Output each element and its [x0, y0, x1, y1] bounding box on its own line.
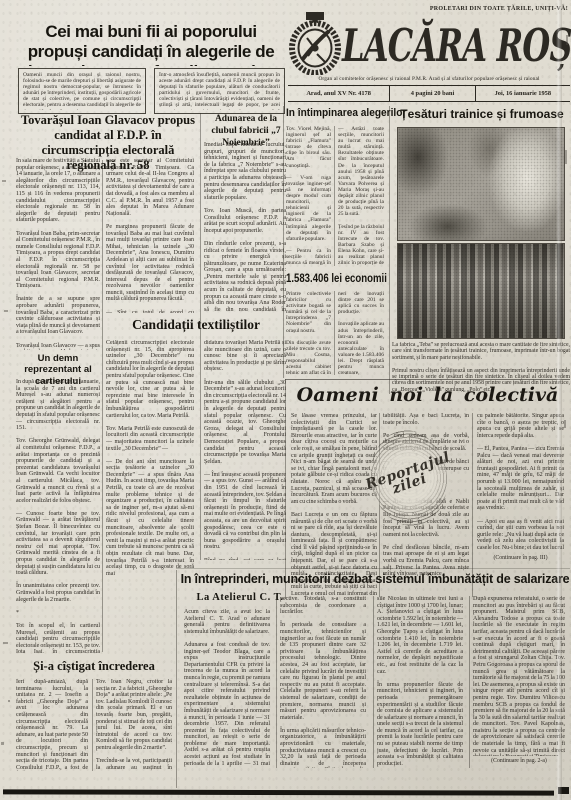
incredere-column-1: Ieri după-amiază, după terminarea lucrul… [16, 679, 88, 771]
oameni-continuation: (Continuare în pag. III) [477, 555, 564, 561]
lead-intro-left-box: Oamenii muncii din orașul și raionul nos… [18, 68, 146, 114]
right-edge-crease [556, 0, 562, 800]
column-rule [102, 160, 103, 652]
masthead-subtitle: Organ al comitetelor orășenesc și raiona… [288, 76, 570, 82]
photo-grain [398, 128, 564, 240]
salarizare-continuation: (Continuare în pag. 2-a) [473, 758, 565, 764]
adunarea-body: Imediat după încetarea lucrului, grupuri… [204, 142, 286, 313]
incredere-headline: Și-a cîștigat încrederea [16, 659, 172, 674]
scan-speck [4, 310, 8, 312]
scan-speck [2, 180, 6, 182]
column-rule [472, 413, 473, 597]
lead-intro-right-text: Într-o atmosferă însuflețită, oamenii mu… [159, 72, 280, 110]
lead-intro-right-box: Într-o atmosferă însuflețită, oamenii mu… [154, 68, 285, 114]
scan-speck [1, 742, 4, 745]
dateline-edition: Arad, anul XV Nr. 4178 [288, 86, 389, 101]
intimpinarea-headline: In întimpinarea alegerilor [286, 107, 406, 119]
column-rule [373, 596, 374, 768]
flacara-emblem-logo [289, 11, 341, 75]
oameni-column-3: cu palmele bătătorite. Singur apuca cîte… [477, 413, 564, 551]
textilisti-right-column: didatura tovarășei Maria Petrilă și alte… [204, 340, 286, 560]
economii-headline: 1.583.406 lei economii [286, 271, 390, 285]
tesaturi-caption-p1: La fabrica „Teba” se prelucrează anul ac… [392, 342, 570, 361]
column-rule [200, 113, 201, 560]
factory-printing-photo [397, 127, 565, 241]
column-rule [276, 596, 277, 768]
dateline-price: 4 pagini 20 bani [389, 86, 474, 101]
masthead-dateline: Arad, anul XV Nr. 4178 4 pagini 20 bani … [288, 85, 570, 102]
oameni-headline: Oameni noi la colectivă [290, 384, 565, 406]
newspaper-front-page: Cei mai buni fii ai poporului propuși ca… [0, 0, 571, 800]
salarizare-column-2: pective. Totodată, s-a constituit subcom… [280, 596, 366, 768]
textilisti-left-column: Cetățenii circumscripției electorale oră… [106, 340, 194, 652]
oameni-column-1: Se lăsase vremea prînzului, iar colectiv… [291, 413, 377, 597]
scan-speck [566, 35, 568, 45]
fabric-samples-photo [397, 243, 565, 339]
salarizare-headline: In întreprinderi, muncitorii dezbat sist… [180, 572, 570, 586]
glavacov-column-2: care este secretar al Comitetului region… [106, 158, 194, 313]
proletarian-slogan: PROLETARI DIN TOATE ȚĂRILE, UNIȚI-VĂ! [350, 6, 568, 12]
emblem-hub [311, 44, 318, 51]
oameni-top-rule [285, 379, 570, 380]
scan-speck [8, 700, 10, 702]
salarizare-top-rule [176, 568, 570, 569]
salarizare-column-4: După expunerea referatului, o serie de m… [473, 596, 565, 756]
photo-grain [398, 244, 564, 338]
economii-column-2: neri de inovații dintre care 201 se apli… [338, 291, 384, 375]
intimpinarea-column-1: Tov. Viorel Mejină, inginerul șef al fab… [286, 126, 331, 266]
scan-speck [3, 642, 8, 644]
section-divider [283, 106, 284, 378]
lead-intro-left-text: Oamenii muncii din orașul și raionul nos… [23, 72, 141, 110]
tesaturi-headline: Țesături trainice și frumoase [394, 107, 570, 121]
section-divider [176, 570, 177, 788]
masthead-title: LACĂRA ROȘIE [342, 19, 571, 72]
salarizare-column-1: Acum cîteva zile, a avut loc la Atelieru… [184, 609, 270, 767]
incredere-column-2: Tov. Ioan Negru, croitor la secția nr. 2… [96, 679, 172, 771]
section-divider [389, 106, 390, 394]
page-bottom-edge [3, 789, 554, 795]
oameni-left-rule [285, 379, 286, 599]
economii-column-1: Printre colectivele fabricilor cu activi… [286, 291, 331, 375]
column-rule [334, 126, 335, 266]
column-rule [334, 291, 335, 375]
column-rule [469, 596, 470, 768]
scan-speck [564, 420, 566, 428]
scan-speck [565, 150, 567, 164]
intimpinarea-column-2: — Astăzi toate secțiile, muncitorii au l… [338, 126, 384, 266]
lead-headline: Cei mai buni fii ai poporului propuși ca… [16, 22, 286, 66]
wreath-emblem-icon [289, 11, 341, 75]
glavacov-column-1: În sala mare de festivități a Sfatului p… [16, 158, 100, 350]
column-rule [92, 679, 93, 771]
textilisti-headline: Candidații textiliștilor [106, 317, 286, 333]
demn-body: În după amiaza zilei de 15 ianuarie, la … [16, 379, 100, 653]
salarizare-column-3: sile Nicolau în ultimele trei luni a cîș… [377, 596, 463, 768]
